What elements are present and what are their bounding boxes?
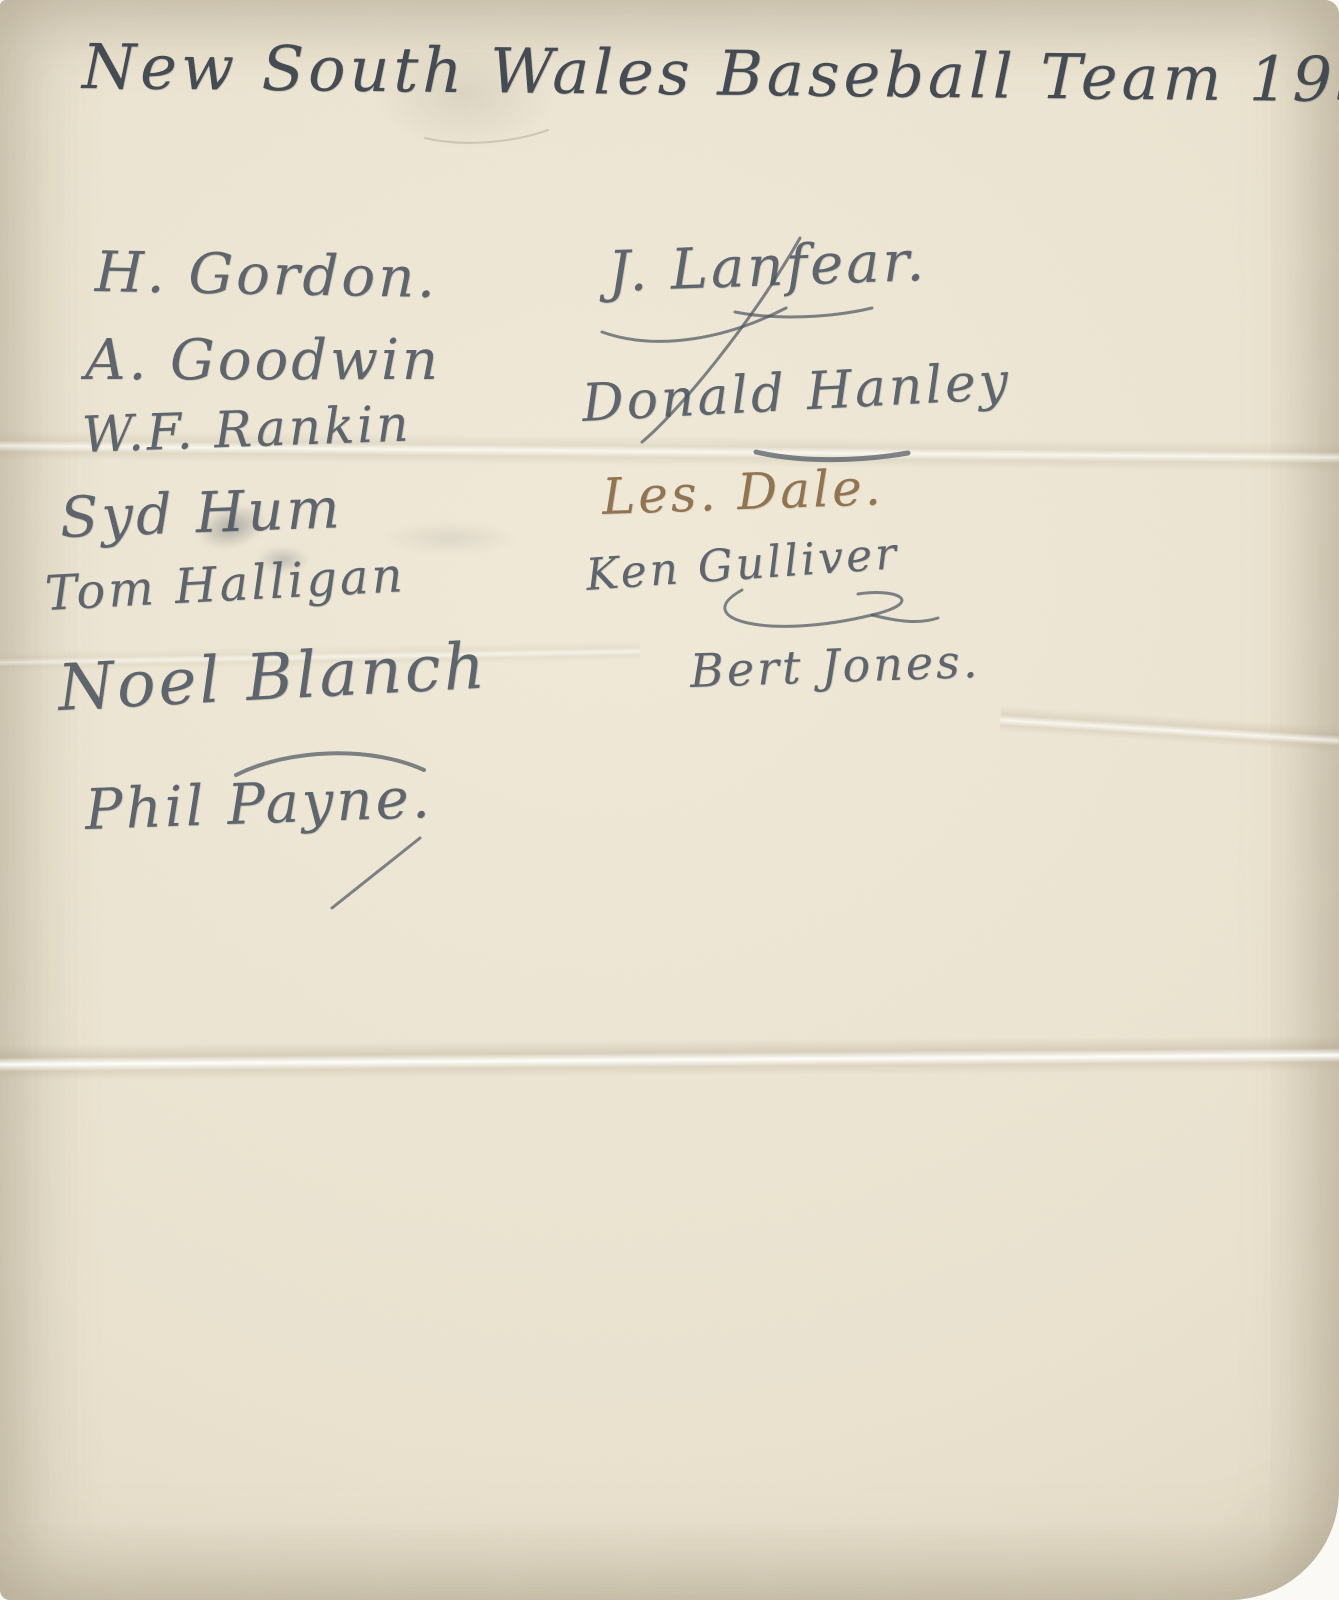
signature-ken-gulliver: Ken Gulliver [584,528,900,601]
signature-a-goodwin: A. Goodwin [85,328,441,393]
paper-sheet: New South Wales Baseball Team 1958 H. Go… [0,0,1339,1600]
signature-wf-rankin: W.F. Rankin [81,395,412,464]
lanfear-underline-flourish [735,308,872,317]
signature-donald-hanley: Donald Hanley [580,352,1012,434]
signature-j-lanfear: J. Lanfear. [607,229,928,305]
signature-h-gordon: H. Gordon. [94,240,438,311]
signature-les-dale: Les. Dale. [601,458,884,526]
gulliver-tail-flourish [872,615,938,622]
signature-tom-halligan: Tom Halligan [44,547,407,622]
signature-noel-blanch: Noel Blanch [56,630,489,726]
lanfear-loop-flourish [602,308,786,341]
gulliver-oval-flourish [725,590,902,626]
hanley-underline-flourish [756,452,908,460]
page-title: New South Wales Baseball Team 1958 [82,30,1339,117]
signature-syd-hum: Syd Hum [59,476,344,551]
signature-phil-payne: Phil Payne. [84,766,434,843]
fold-crease-right [1000,706,1339,753]
eraser-outline-mark [425,130,548,143]
scanned-page: New South Wales Baseball Team 1958 H. Go… [0,0,1339,1600]
fold-crease-horizontal [0,1035,1339,1080]
signature-bert-jones: Bert Jones. [689,634,981,698]
payne-slash-flourish [332,838,420,908]
